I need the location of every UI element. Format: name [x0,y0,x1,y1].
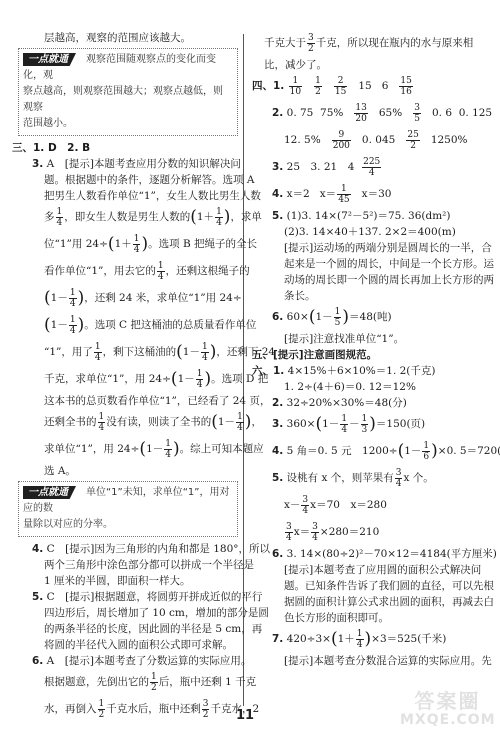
section-4: 四、1. 110 12 215 15 6 1516 2. 0. 75 75% 1… [252,73,492,347]
right-column: 千克大于32千克，所以现在瓶内的水与原来相 比，减少了。 四、1. 110 12… [252,30,492,669]
left-column: 层越高，观察的范围应该越大。 一点就通观察范围随观察点的变化而变化，观 察点越高… [12,30,238,723]
text-line: 千克大于32千克，所以现在瓶内的水与原来相 [252,30,492,57]
question-3: 3. A [提示]本题考查应用分数的知识解决问 题。根据题中的条件，逐题分析解答… [12,156,238,479]
section-6: 六、1. 4×15%＋6×10%＝1. 2(千克) 1. 2÷(4＋6)＝0. … [252,363,492,669]
watermark: 答案圈 MXQE.COM [400,690,495,728]
tip-box: 一点就通单位“1”未知，求单位“1”，用对应的数 量除以对应的分率。 [18,481,238,537]
question-5: 5. C [提示]根据题意，将圆剪开拼成近似的平行 四边形后，周长增加了 10 … [12,589,238,653]
tip-box: 一点就通观察范围随观察点的变化而变化，观 察点越高，则观察范围越大；观察点越低，… [18,48,238,136]
page-number: 11 [236,708,254,723]
question-4: 4. C [提示]因为三角形的内角和都是 180°，所以 两个三角形中涂色部分都… [12,541,238,589]
section-3-heading: 三、1. D 2. B [12,140,238,156]
tip-badge: 一点就通 [23,53,76,66]
section-5: 五、[提示]注意画图规范。 [252,347,492,363]
text-line: 层越高，观察的范围应该越大。 [12,30,238,46]
question-6: 6. A [提示]本题考查了分数运算的实际应用。 根据题意，先倒出它的12后，瓶… [12,653,238,723]
tip-badge: 一点就通 [23,486,76,499]
